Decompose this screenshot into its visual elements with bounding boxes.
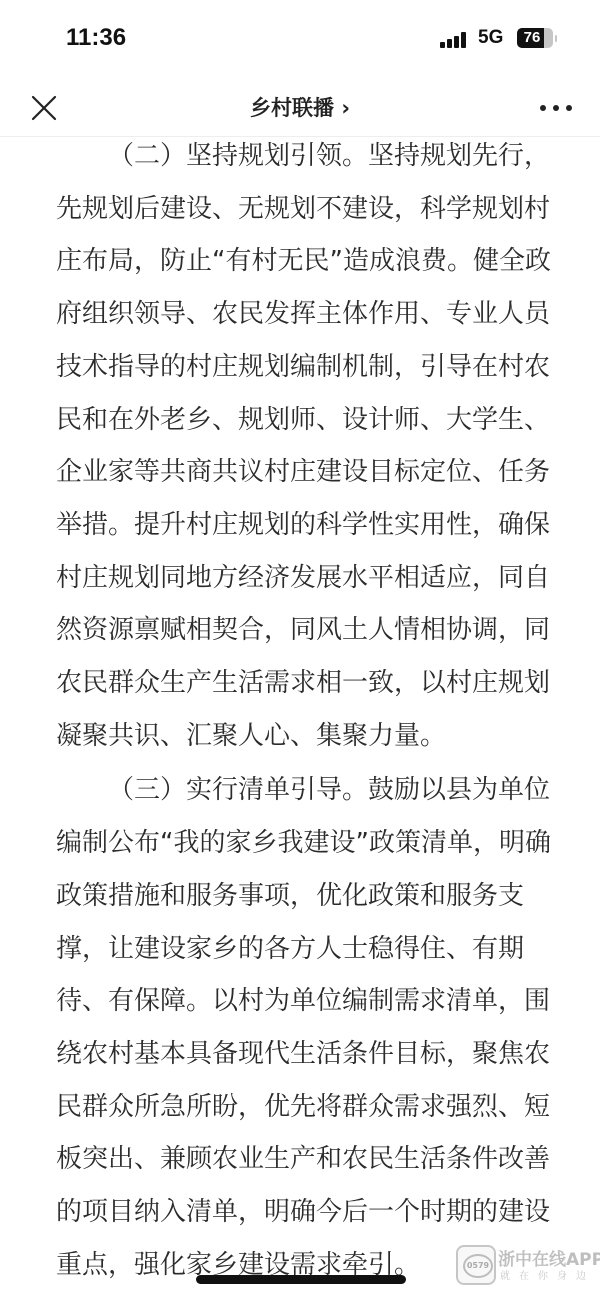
text-line: 民和在外老乡、规划师、设计师、大学生、 [56,394,546,447]
text-line: 先规划后建设、无规划不建设，科学规划村 [56,183,546,236]
text-line: 企业家等共商共议村庄建设目标定位、任务 [56,446,546,499]
watermark-logo-text: 0579 [463,1254,493,1278]
status-time: 11:36 [66,24,126,52]
battery-tip [555,35,557,42]
text-line: 举措。提升村庄规划的科学性实用性，确保 [56,499,546,552]
watermark-logo-icon: 0579 [456,1245,496,1285]
network-type: 5G [478,27,503,49]
cellular-signal-icon [440,32,470,48]
text-line: 府组织领导、农民发挥主体作用、专业人员 [56,288,546,341]
text-line: 撑，让建设家乡的各方人士稳得住、有期 [56,923,546,976]
home-indicator[interactable] [196,1275,406,1284]
battery-icon: 76 [517,28,553,48]
more-button[interactable] [540,102,574,114]
text-line: 农民群众生产生活需求相一致，以村庄规划 [56,657,546,710]
paragraph-checklist: （三）实行清单引导。鼓励以县为单位 编制公布“我的家乡我建设”政策清单，明确 政… [56,764,546,1291]
text-line: 然资源禀赋相契合，同风土人情相协调，同 [56,604,546,657]
text-line: （二）坚持规划引领。坚持规划先行， [56,130,546,183]
text-line: 板突出、兼顾农业生产和农民生活条件改善 [56,1133,546,1186]
article-body: （二）坚持规划引领。坚持规划先行， 先规划后建设、无规划不建设，科学规划村 庄布… [56,130,546,1291]
text-line: 绕农村基本具备现代生活条件目标，聚焦农 [56,1028,546,1081]
text-line: 庄布局，防止“有村无民”造成浪费。健全政 [56,235,546,288]
more-dot [553,105,559,111]
text-line: 民群众所急所盼，优先将群众需求强烈、短 [56,1081,546,1134]
watermark: 0579 浙中在线APP 就在你身边 [448,1243,598,1293]
more-dot [566,105,572,111]
text-line: 编制公布“我的家乡我建设”政策清单，明确 [56,817,546,870]
watermark-subtitle: 就在你身边 [500,1267,595,1282]
status-bar: 11:36 5G 76 [0,0,600,80]
text-line: （三）实行清单引导。鼓励以县为单位 [56,764,546,817]
text-line: 待、有保障。以村为单位编制需求清单，围 [56,975,546,1028]
battery-percent: 76 [517,28,547,48]
account-title-link[interactable]: 乡村联播 › [0,92,600,122]
more-horizontal-icon [540,105,546,111]
text-line: 凝聚共识、汇聚人心、集聚力量。 [56,710,546,763]
text-line: 村庄规划同地方经济发展水平相适应，同自 [56,552,546,605]
nav-bar: 乡村联播 › [0,80,600,137]
text-line: 技术指导的村庄规划编制机制，引导在村农 [56,341,546,394]
paragraph-planning: （二）坚持规划引领。坚持规划先行， 先规划后建设、无规划不建设，科学规划村 庄布… [56,130,546,762]
text-line: 的项目纳入清单，明确今后一个时期的建设 [56,1186,546,1239]
text-line: 政策措施和服务事项，优化政策和服务支 [56,870,546,923]
